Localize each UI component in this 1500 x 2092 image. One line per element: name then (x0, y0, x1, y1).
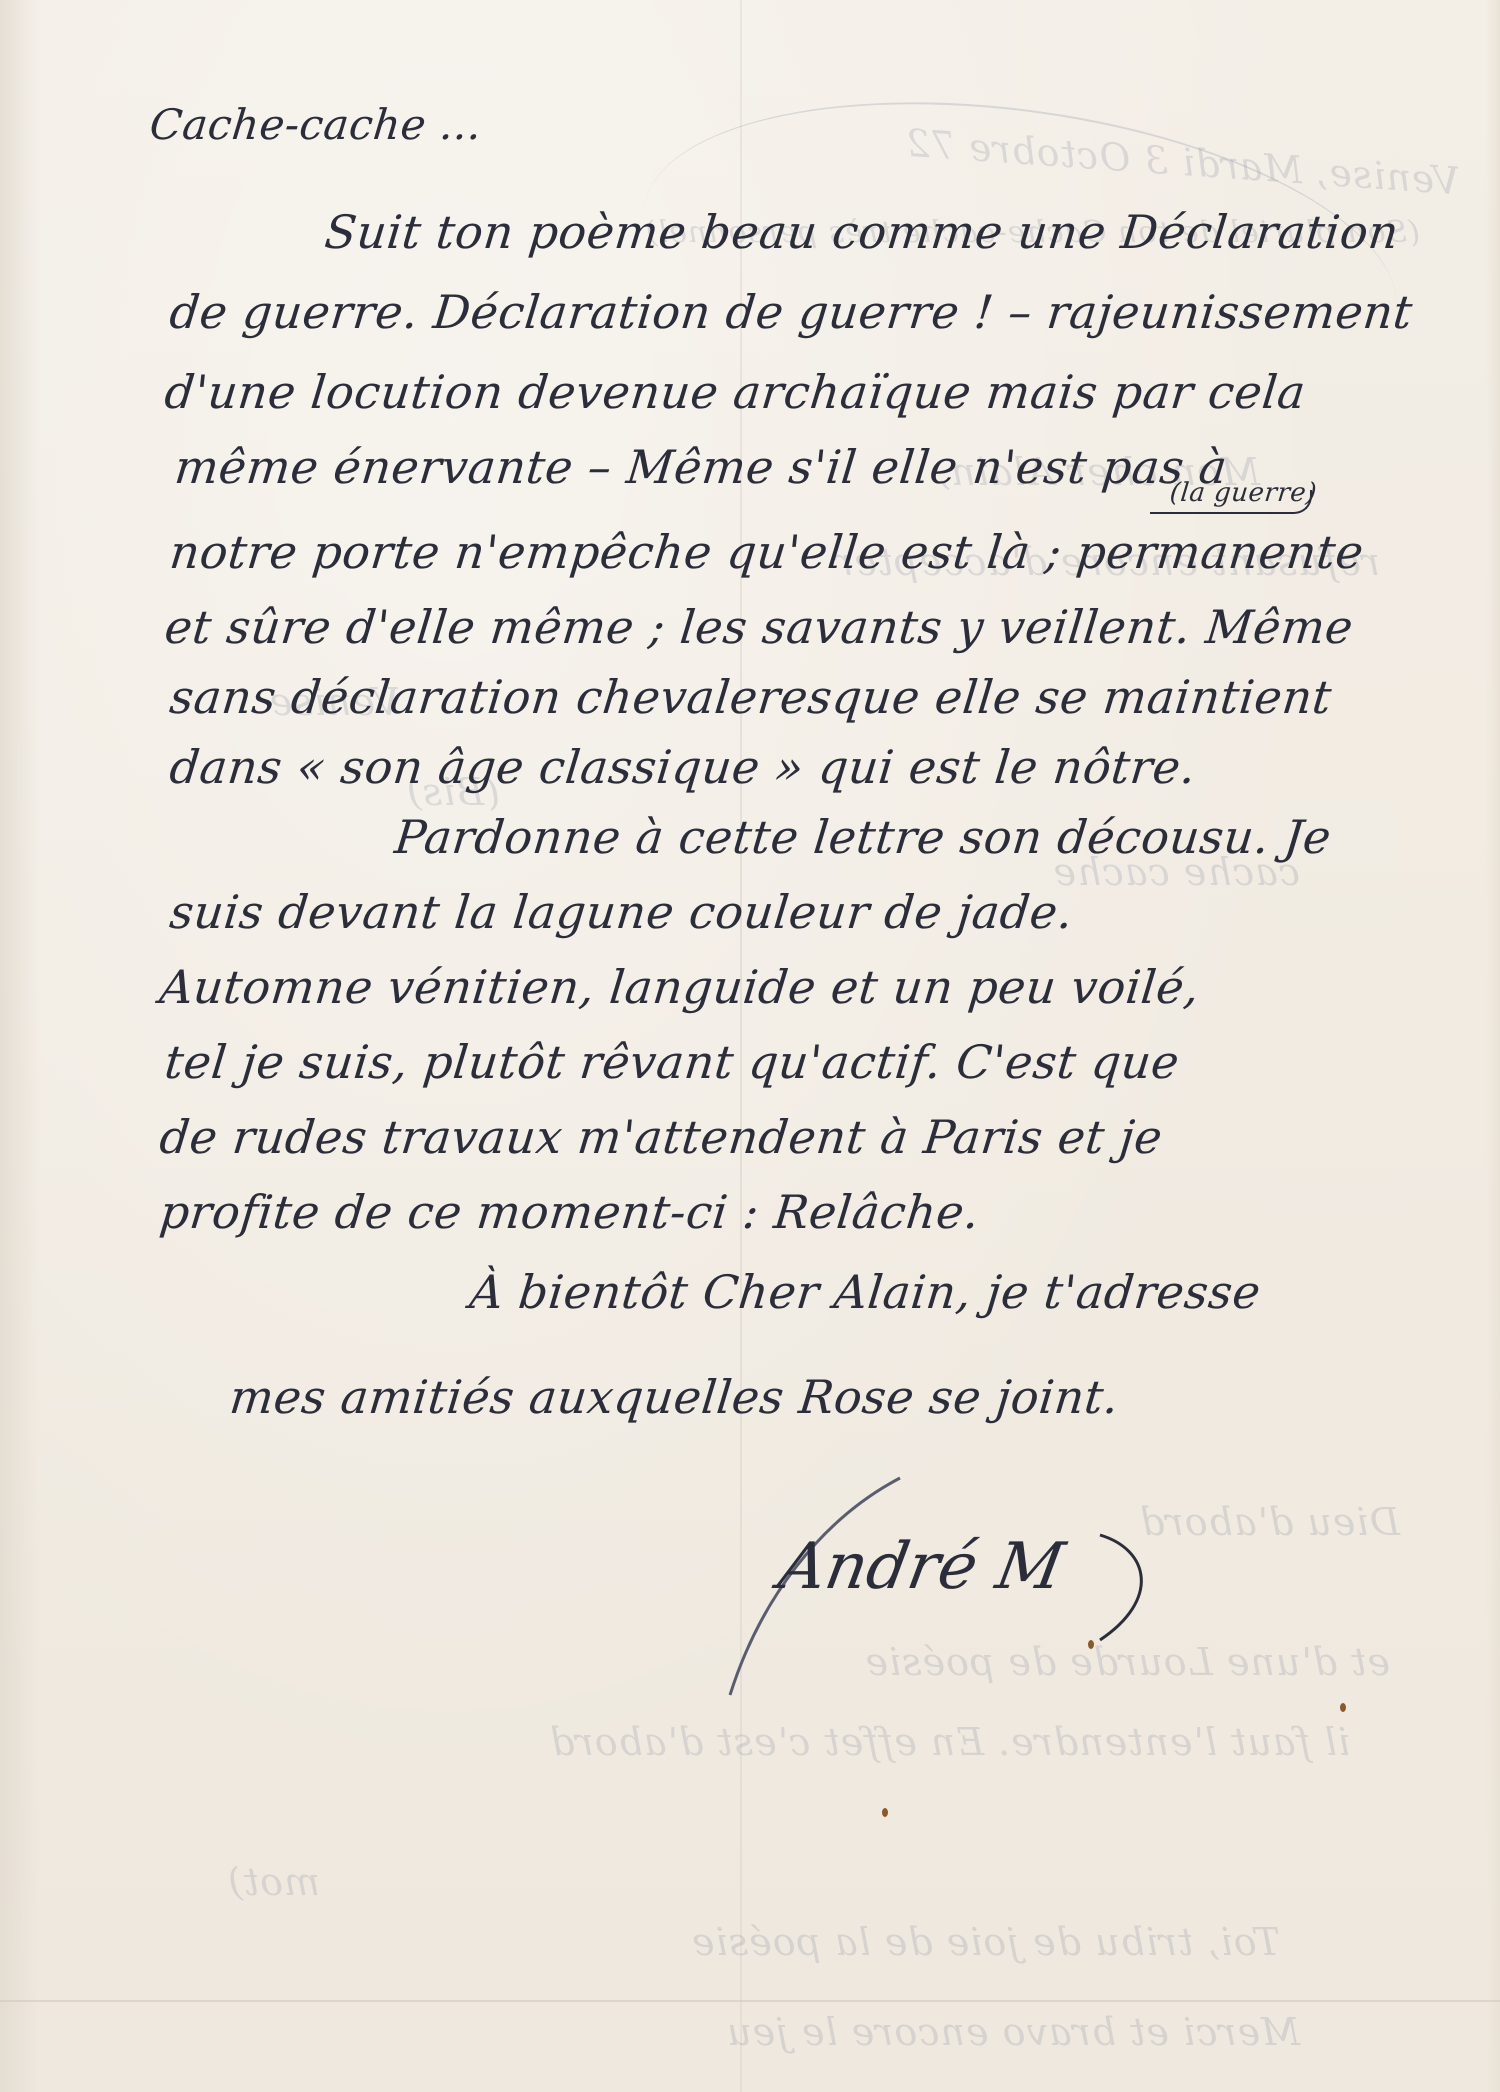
letter-salutation: Cache-cache ... (147, 100, 484, 149)
letter-line: Suit ton poème beau comme une Déclaratio… (322, 205, 1401, 259)
foxing-stain (1088, 1640, 1094, 1649)
letter-line: notre porte n'empêche qu'elle est là ; p… (167, 525, 1366, 579)
letter-line: Automne vénitien, languide et un peu voi… (157, 960, 1202, 1014)
insertion-caret-mark (1150, 490, 1312, 514)
bleed-line: Toi, tribu de joie de la poésie (691, 1920, 1280, 1964)
letter-closing: À bientôt Cher Alain, je t'adresse (467, 1265, 1263, 1319)
letter-closing: mes amitiés auxquelles Rose se joint. (227, 1370, 1121, 1424)
letter-line: Pardonne à cette lettre son décousu. Je (392, 810, 1334, 864)
foxing-stain (882, 1808, 888, 1817)
letter-line: même énervante – Même s'il elle n'est pa… (172, 440, 1230, 494)
letter-line: sans déclaration chevaleresque elle se m… (167, 670, 1334, 724)
signature-name: André M (773, 1530, 1069, 1604)
letter-line: de rudes travaux m'attendent à Paris et … (157, 1110, 1165, 1164)
paper-edge-right (1486, 0, 1500, 2092)
foxing-stain (1340, 1703, 1346, 1712)
letter-sheet: Venise, Mardi 3 Octobre 72 (Son pluriel … (0, 0, 1500, 2092)
letter-line: dans « son âge classique » qui est le nô… (167, 740, 1198, 794)
letter-line: profite de ce moment-ci : Relâche. (157, 1185, 982, 1239)
letter-line: d'une locution devenue archaïque mais pa… (162, 365, 1308, 419)
paper-edge-shadow (0, 0, 40, 2092)
letter-line: et sûre d'elle même ; les savants y veil… (162, 600, 1356, 654)
signature: André M (700, 1470, 1160, 1700)
bleed-line: Dieu d'abord (1139, 1500, 1400, 1544)
horizontal-fold-line (0, 2000, 1500, 2002)
bleed-line: mot) (227, 1860, 320, 1904)
bleed-line: il faut l'entendre. En effet c'est d'abo… (549, 1720, 1350, 1764)
letter-line: tel je suis, plutôt rêvant qu'actif. C'e… (162, 1035, 1182, 1089)
bleed-line: Merci et bravo encore le jeu (726, 2010, 1300, 2054)
letter-line: suis devant la lagune couleur de jade. (167, 885, 1076, 939)
letter-line: de guerre. Déclaration de guerre ! – raj… (167, 285, 1415, 339)
